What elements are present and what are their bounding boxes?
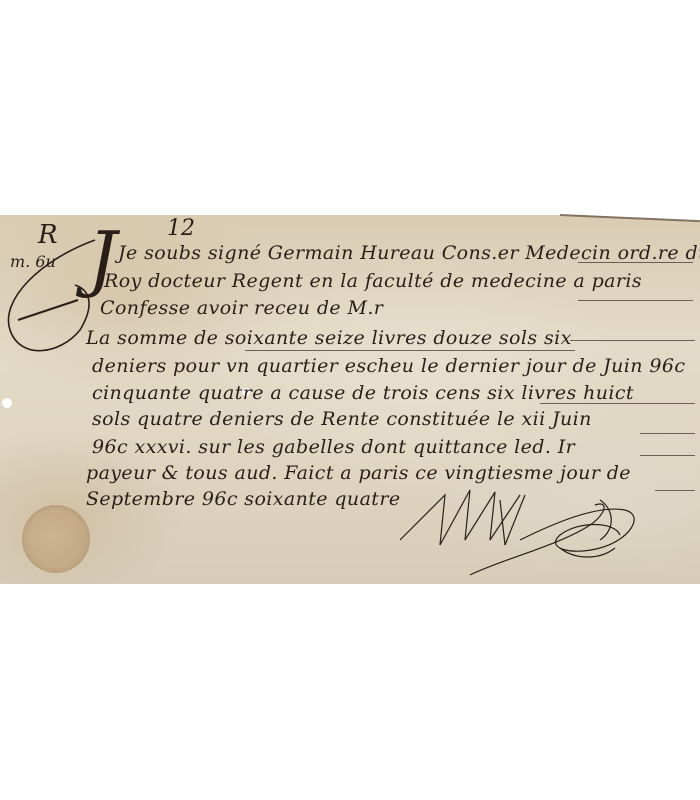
- signature: [400, 490, 634, 575]
- handwriting-layer: R m. 6u 12 J Je soubs signé Germain Hure…: [0, 0, 700, 800]
- flourish-strokes: [0, 0, 700, 800]
- margin-flourish: [8, 240, 95, 351]
- margin-stroke: [18, 300, 78, 320]
